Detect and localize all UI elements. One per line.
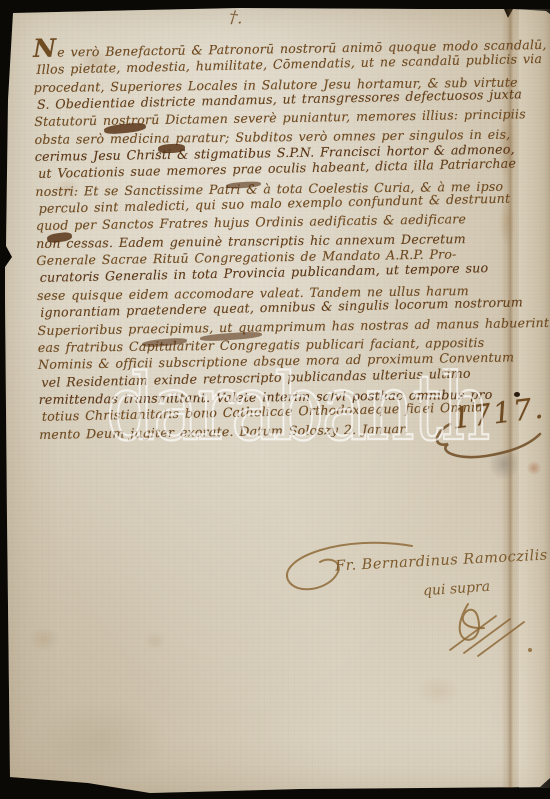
header-cross-mark: †. [228,7,244,28]
photo-background: †. Ne verò Benefactorū & Patronorū nostr… [0,0,550,799]
year-underline-flourish [428,418,548,464]
handwritten-text-block: Ne verò Benefactorū & Patronorū nostrorū… [33,32,534,443]
